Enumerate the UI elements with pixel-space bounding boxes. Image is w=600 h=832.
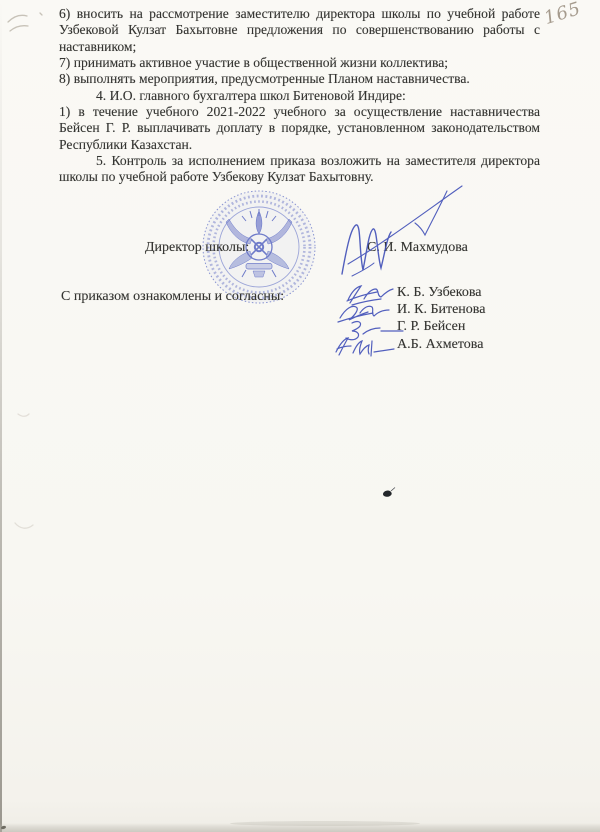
director-name: С. И. Махмудова bbox=[367, 240, 468, 256]
signatory-name: Г. Р. Бейсен bbox=[397, 318, 485, 335]
document-line: 6) вносить на рассмотрение заместителю д… bbox=[59, 6, 540, 22]
document-line: 8) выполнять мероприятия, предусмотренны… bbox=[59, 71, 540, 87]
document-line: 7) принимать активное участие в обществе… bbox=[59, 55, 540, 71]
signatory-name: К. Б. Узбекова bbox=[397, 284, 485, 301]
signatory-name: А.Б. Ахметова bbox=[397, 336, 485, 353]
signatories-list: К. Б. Узбекова И. К. Битенова Г. Р. Бейс… bbox=[397, 284, 485, 353]
scan-bottom-edge bbox=[0, 823, 600, 832]
order-body-text: 6) вносить на рассмотрение заместителю д… bbox=[59, 6, 540, 186]
document-line: 5. Контроль за исполнением приказа возло… bbox=[59, 153, 540, 169]
document-line: Бейсен Г. Р. выплачивать доплату в поряд… bbox=[59, 120, 540, 136]
consent-label: С приказом ознакомлены и согласны: bbox=[61, 289, 284, 305]
document-line: Узбековой Кулзат Бахытовне предложения п… bbox=[59, 22, 540, 38]
document-line: школы по учебной работе Узбекову Кулзат … bbox=[59, 169, 540, 185]
document-line: 1) в течение учебного 2021-2022 учебного… bbox=[59, 104, 540, 120]
director-label: Директор школы: bbox=[145, 240, 249, 256]
scan-left-edge bbox=[0, 0, 2, 832]
document-line: 4. И.О. главного бухгалтера школ Битенов… bbox=[59, 88, 540, 104]
document-line: наставником; bbox=[59, 39, 540, 55]
scanned-document-page: 6) вносить на рассмотрение заместителю д… bbox=[0, 0, 600, 832]
document-line: Республики Казахстан. bbox=[59, 137, 540, 153]
signatory-name: И. К. Битенова bbox=[397, 301, 485, 318]
